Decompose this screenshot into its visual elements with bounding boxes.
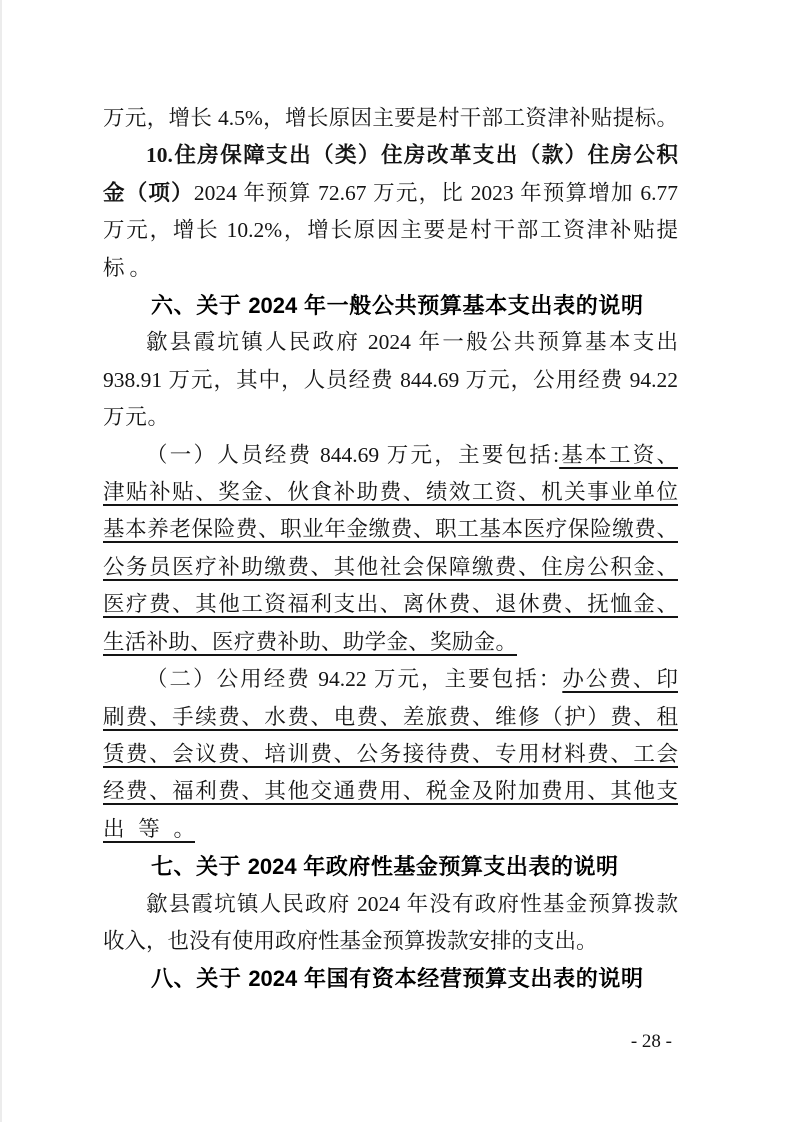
paragraph-line: 万元，增长 10.2%，增长原因主要是村干部工资津补贴提 [103,212,678,249]
budget-item-bold-text: 10.住房保障支出（类）住房改革支出（款）住房公积 [146,143,678,167]
budget-item-bold-text: 金（项） [103,181,194,205]
paragraph-line: 经费、福利费、其他交通费用、税金及附加费用、其他支 [103,773,678,810]
paragraph-text: 2024 年预算 72.67 万元，比 2023 年预算增加 6.77 [194,181,678,205]
document-page: 万元，增长 4.5%，增长原因主要是村干部工资津补贴提标。 10.住房保障支出（… [0,0,793,1122]
paragraph-line: 歙县霞坑镇人民政府 2024 年没有政府性基金预算拨款 [103,886,678,923]
underlined-expense-list: 赁费、会议费、培训费、公务接待费、专用材料费、工会 [103,742,678,766]
paragraph-line: 生活补助、医疗费补助、助学金、奖励金。 [103,624,517,661]
underlined-expense-list: 生活补助、医疗费补助、助学金、奖励金。 [103,630,517,654]
underlined-expense-list: 公务员医疗补助缴费、其他社会保障缴费、住房公积金、 [103,555,678,579]
section-heading-eight: 八、关于 2024 年国有资本经营预算支出表的说明 [103,960,643,997]
underlined-expense-list: 基本工资、 [559,443,678,467]
paragraph-line: 938.91 万元，其中，人员经费 844.69 万元，公用经费 94.22 [103,362,678,399]
paragraph-line: 公务员医疗补助缴费、其他社会保障缴费、住房公积金、 [103,549,678,586]
paragraph-line: 万元，增长 4.5%，增长原因主要是村干部工资津补贴提标。 [103,100,678,137]
page-number: - 28 - [631,1031,672,1053]
paragraph-line: 赁费、会议费、培训费、公务接待费、专用材料费、工会 [103,736,678,773]
underlined-expense-list: 津贴补贴、奖金、伙食补助费、绩效工资、机关事业单位 [103,480,678,504]
section-heading-seven: 七、关于 2024 年政府性基金预算支出表的说明 [103,848,618,885]
paragraph-line: 刷费、手续费、水费、电费、差旅费、维修（护）费、租 [103,699,678,736]
paragraph-line: 出等。 [103,811,195,848]
paragraph-line: 基本养老保险费、职业年金缴费、职工基本医疗保险缴费、 [103,511,678,548]
underlined-expense-list: 出等。 [103,817,195,841]
paragraph-line: （二）公用经费 94.22 万元，主要包括：办公费、印 [103,661,678,698]
paragraph-text: （一）人员经费 844.69 万元，主要包括: [146,443,559,467]
paragraph-line: 10.住房保障支出（类）住房改革支出（款）住房公积 [103,137,678,174]
underlined-expense-list: 刷费、手续费、水费、电费、差旅费、维修（护）费、租 [103,705,678,729]
section-heading-six: 六、关于 2024 年一般公共预算基本支出表的说明 [103,287,643,324]
paragraph-line: （一）人员经费 844.69 万元，主要包括:基本工资、 [103,437,678,474]
scan-edge-artifact [0,0,2,1122]
underlined-expense-list: 经费、福利费、其他交通费用、税金及附加费用、其他支 [103,779,678,803]
paragraph-line: 万元。 [103,399,169,436]
underlined-expense-list: 医疗费、其他工资福利支出、离休费、退休费、抚恤金、 [103,592,678,616]
document-body: 万元，增长 4.5%，增长原因主要是村干部工资津补贴提标。 10.住房保障支出（… [103,100,678,998]
paragraph-line: 歙县霞坑镇人民政府 2024 年一般公共预算基本支出 [103,324,678,361]
paragraph-line: 金（项）2024 年预算 72.67 万元，比 2023 年预算增加 6.77 [103,175,678,212]
paragraph-line: 收入，也没有使用政府性基金预算拨款安排的支出。 [103,923,586,960]
underlined-expense-list: 办公费、印 [562,667,678,691]
paragraph-line: 标。 [103,250,151,287]
paragraph-line: 津贴补贴、奖金、伙食补助费、绩效工资、机关事业单位 [103,474,678,511]
paragraph-line: 医疗费、其他工资福利支出、离休费、退休费、抚恤金、 [103,586,678,623]
underlined-expense-list: 基本养老保险费、职业年金缴费、职工基本医疗保险缴费、 [103,517,678,541]
paragraph-text: （二）公用经费 94.22 万元，主要包括： [146,667,562,691]
